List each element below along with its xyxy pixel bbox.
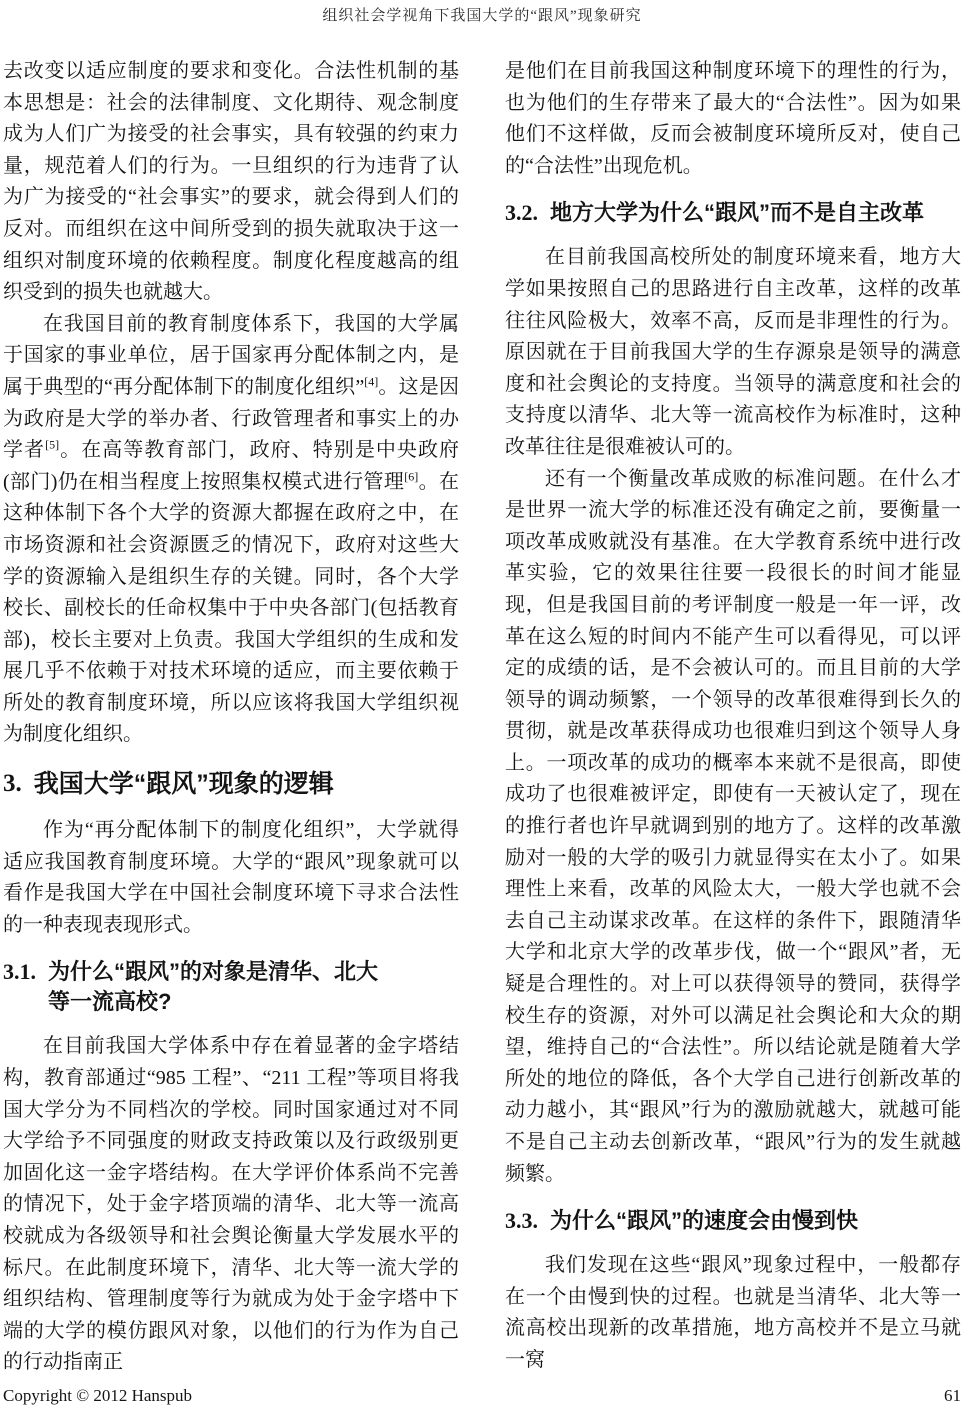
paragraph-continuation: 是他们在目前我国这种制度环境下的理性的行为，也为他们的生存带来了最大的“合法性”… [505, 56, 961, 182]
subsection-number: 3.2. [505, 198, 538, 228]
citation-ref-4: [4] [364, 374, 378, 388]
page-footer: Copyright © 2012 Hanspub 61 [3, 1386, 961, 1406]
section-number: 3. [3, 768, 22, 800]
subsection-number: 3.1. [3, 957, 36, 987]
subsection-title: 为什么“跟风”的速度会由慢到快 [550, 1206, 858, 1236]
citation-ref-6: [6] [404, 469, 418, 483]
page-number: 61 [944, 1386, 961, 1406]
subsection-heading-3-2: 3.2. 地方大学为什么“跟风”而不是自主改革 [505, 198, 961, 228]
paragraph: 在我国目前的教育制度体系下，我国的大学属于国家的事业单位，居于国家再分配体制之内… [3, 309, 459, 751]
paragraph: 作为“再分配体制下的制度化组织”，大学就得适应我国教育制度环境。大学的“跟风”现… [3, 815, 459, 941]
subsection-heading-3-1: 3.1. 为什么“跟风”的对象是清华、北大 等一流高校? [3, 957, 459, 1017]
paragraph: 我们发现在这些“跟风”现象过程中，一般都存在一个由慢到快的过程。也就是当清华、北… [505, 1250, 961, 1376]
subsection-heading-3-3: 3.3. 为什么“跟风”的速度会由慢到快 [505, 1206, 961, 1236]
citation-ref-5: [5] [45, 437, 59, 451]
left-column: 去改变以适应制度的要求和变化。合法性机制的基本思想是：社会的法律制度、文化期待、… [3, 56, 459, 1379]
paragraph-continuation: 去改变以适应制度的要求和变化。合法性机制的基本思想是：社会的法律制度、文化期待、… [3, 56, 459, 309]
paragraph: 在目前我国高校所处的制度环境来看，地方大学如果按照自己的思路进行自主改革，这样的… [505, 242, 961, 463]
running-head-title: 组织社会学视角下我国大学的“跟风”现象研究 [0, 4, 964, 25]
copyright-notice: Copyright © 2012 Hanspub [3, 1386, 192, 1406]
right-column: 是他们在目前我国这种制度环境下的理性的行为，也为他们的生存带来了最大的“合法性”… [505, 56, 961, 1379]
section-heading-3: 3. 我国大学“跟风”现象的逻辑 [3, 768, 459, 800]
subsection-title: 为什么“跟风”的对象是清华、北大 等一流高校? [48, 957, 378, 1017]
paragraph: 还有一个衡量改革成败的标准问题。在什么才是世界一流大学的标准还没有确定之前，要衡… [505, 464, 961, 1191]
subsection-title-line2: 等一流高校? [48, 989, 171, 1014]
subsection-title: 地方大学为什么“跟风”而不是自主改革 [550, 198, 924, 228]
page-body: 去改变以适应制度的要求和变化。合法性机制的基本思想是：社会的法律制度、文化期待、… [3, 56, 961, 1379]
subsection-number: 3.3. [505, 1206, 538, 1236]
subsection-title-line1: 为什么“跟风”的对象是清华、北大 [48, 959, 378, 984]
paragraph: 在目前我国大学体系中存在着显著的金字塔结构，教育部通过“985 工程”、“211… [3, 1031, 459, 1379]
paragraph-text: 。在高等教育部门，政府、特别是中央政府(部门)仍在相当程度上按照集权模式进行管理 [3, 439, 459, 493]
section-title: 我国大学“跟风”现象的逻辑 [34, 768, 334, 800]
paragraph-text: 。在这种体制下各个大学的资源大都握在政府之中，在市场资源和社会资源匮乏的情况下，… [3, 471, 459, 746]
